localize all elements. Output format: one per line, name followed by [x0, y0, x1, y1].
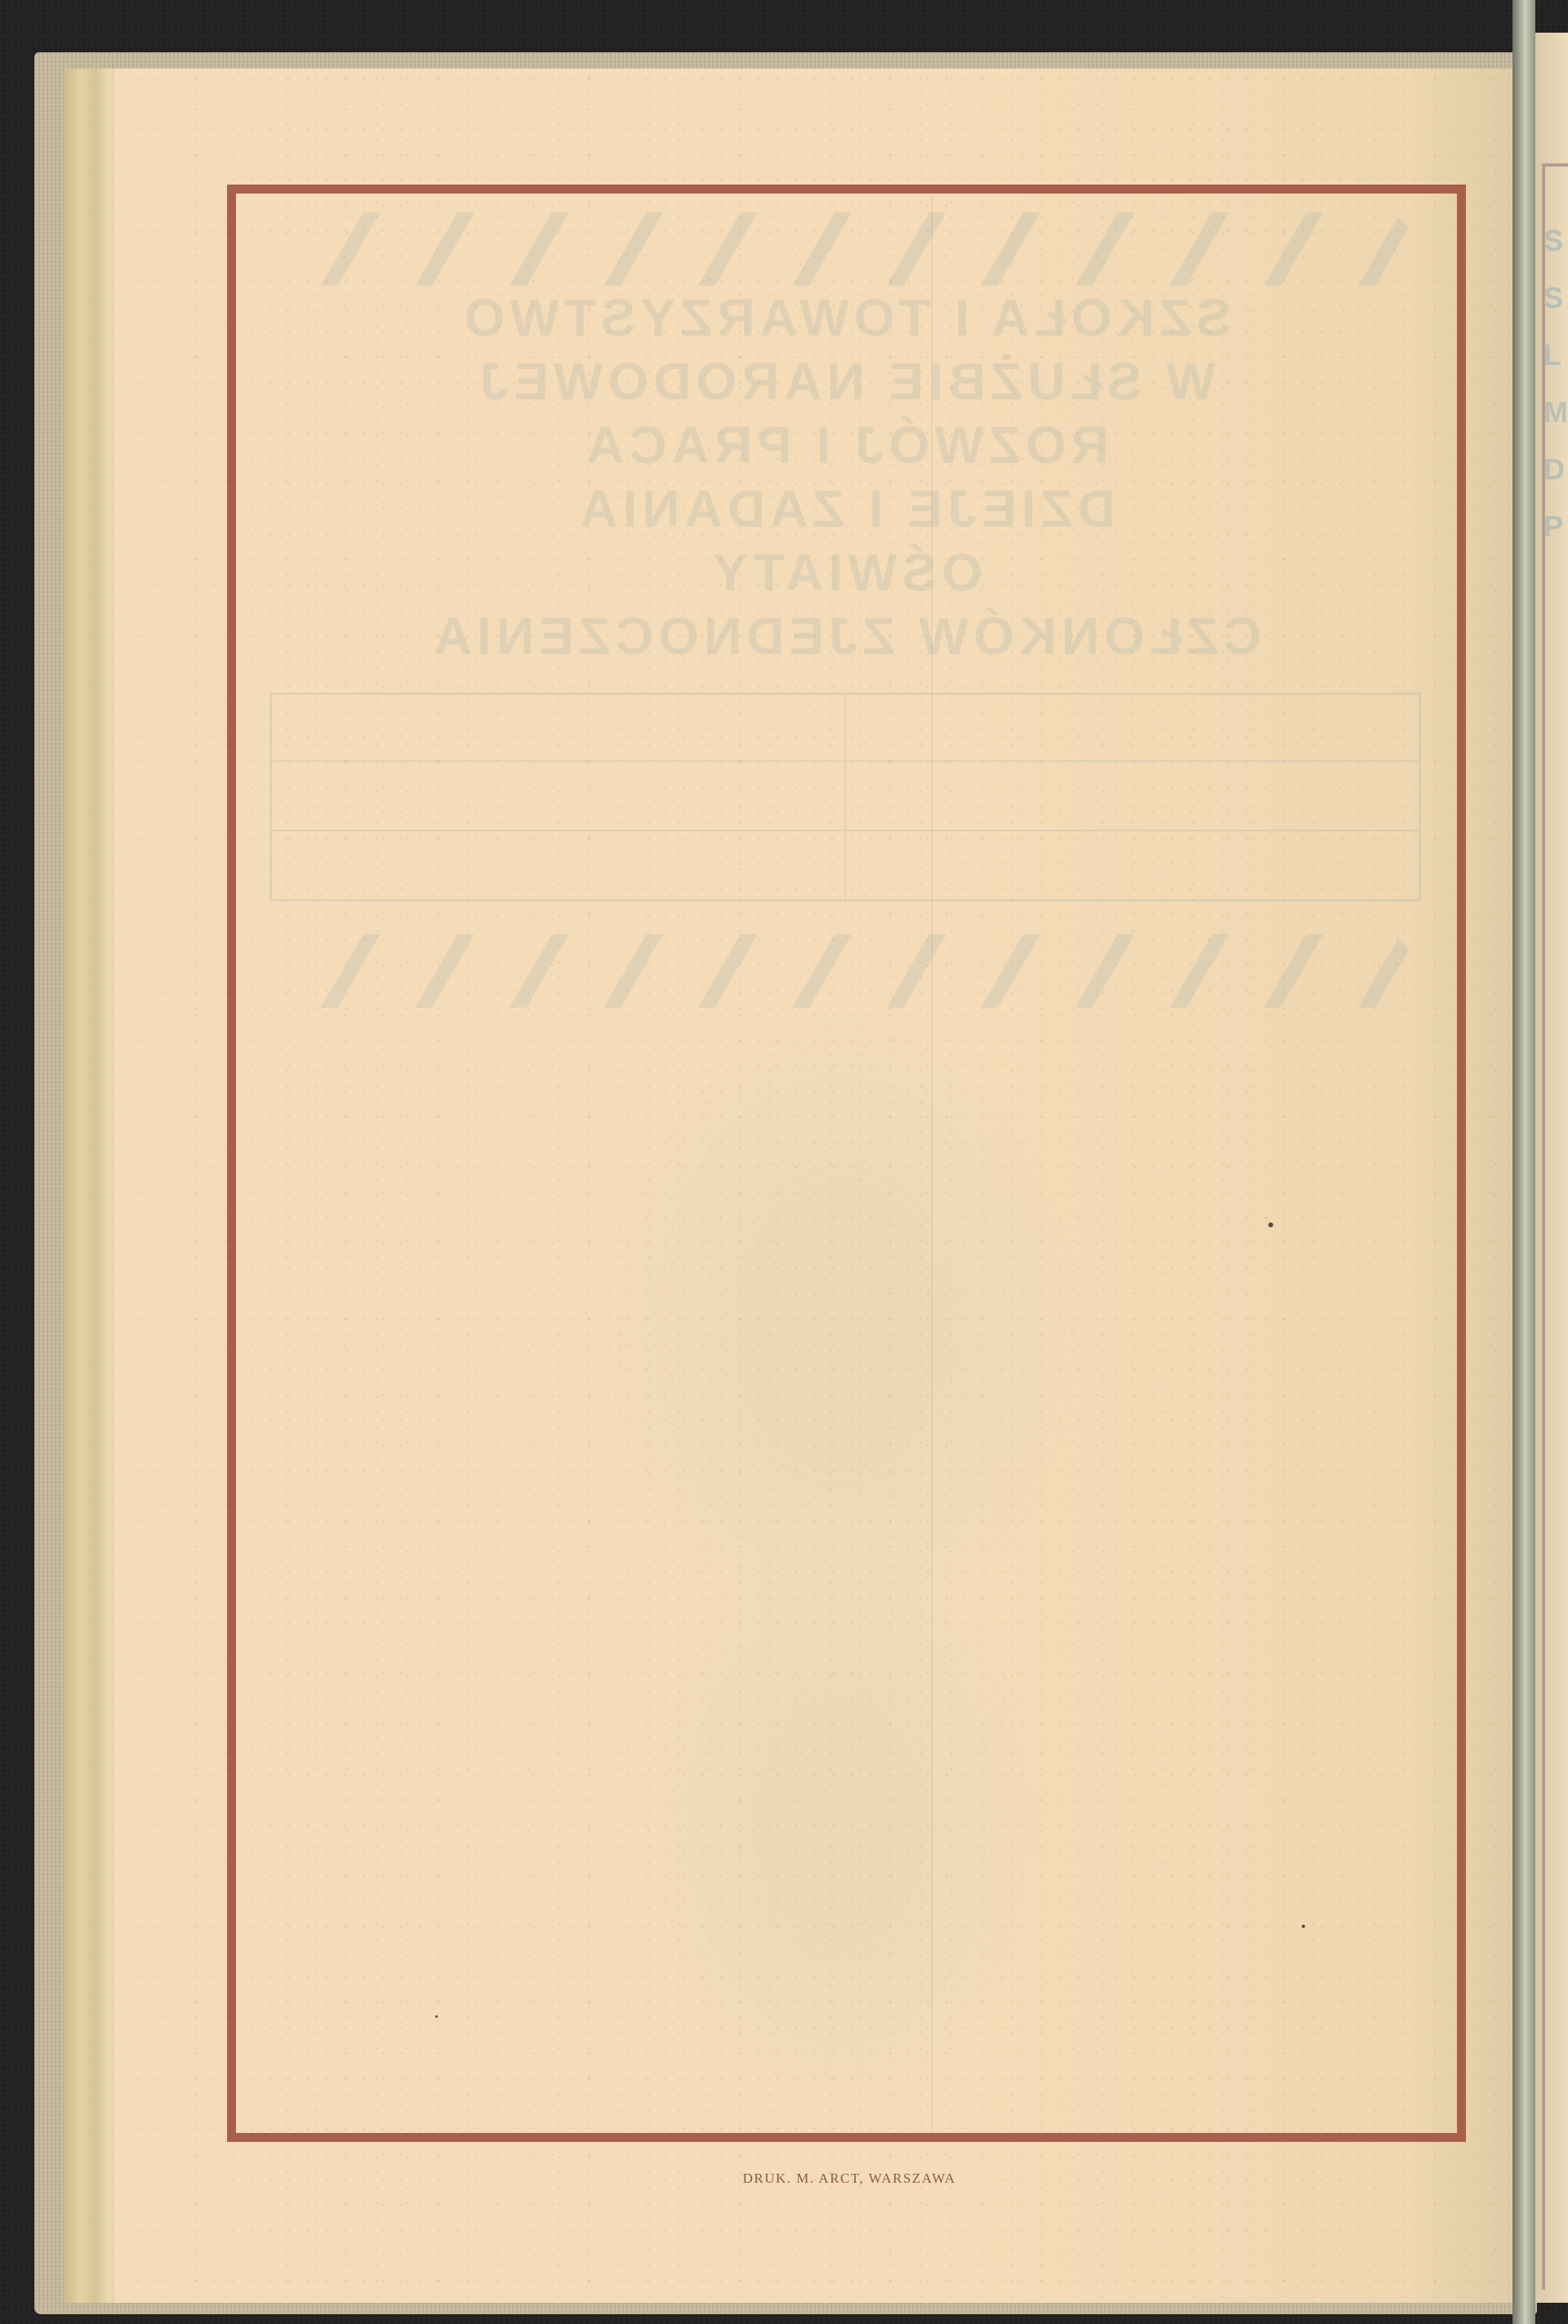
letter: M	[1543, 384, 1568, 441]
adjacent-page-edge: S S L M D P	[1535, 33, 1568, 2303]
adjacent-page-letters: S S L M D P	[1543, 212, 1568, 555]
letter: S	[1543, 269, 1568, 327]
letter: S	[1543, 212, 1568, 269]
printer-imprint: DRUK. M. ARCT, WARSZAWA	[0, 2170, 1568, 2187]
letter: P	[1543, 498, 1568, 555]
page-edges	[64, 69, 121, 2303]
paper-spot	[435, 2015, 438, 2018]
paper-spot	[1268, 1222, 1273, 1227]
binding-gutter	[1512, 0, 1535, 2324]
letter: D	[1543, 441, 1568, 498]
decorative-frame	[227, 185, 1466, 2142]
letter: L	[1543, 327, 1568, 384]
paper-spot	[1302, 1925, 1305, 1928]
